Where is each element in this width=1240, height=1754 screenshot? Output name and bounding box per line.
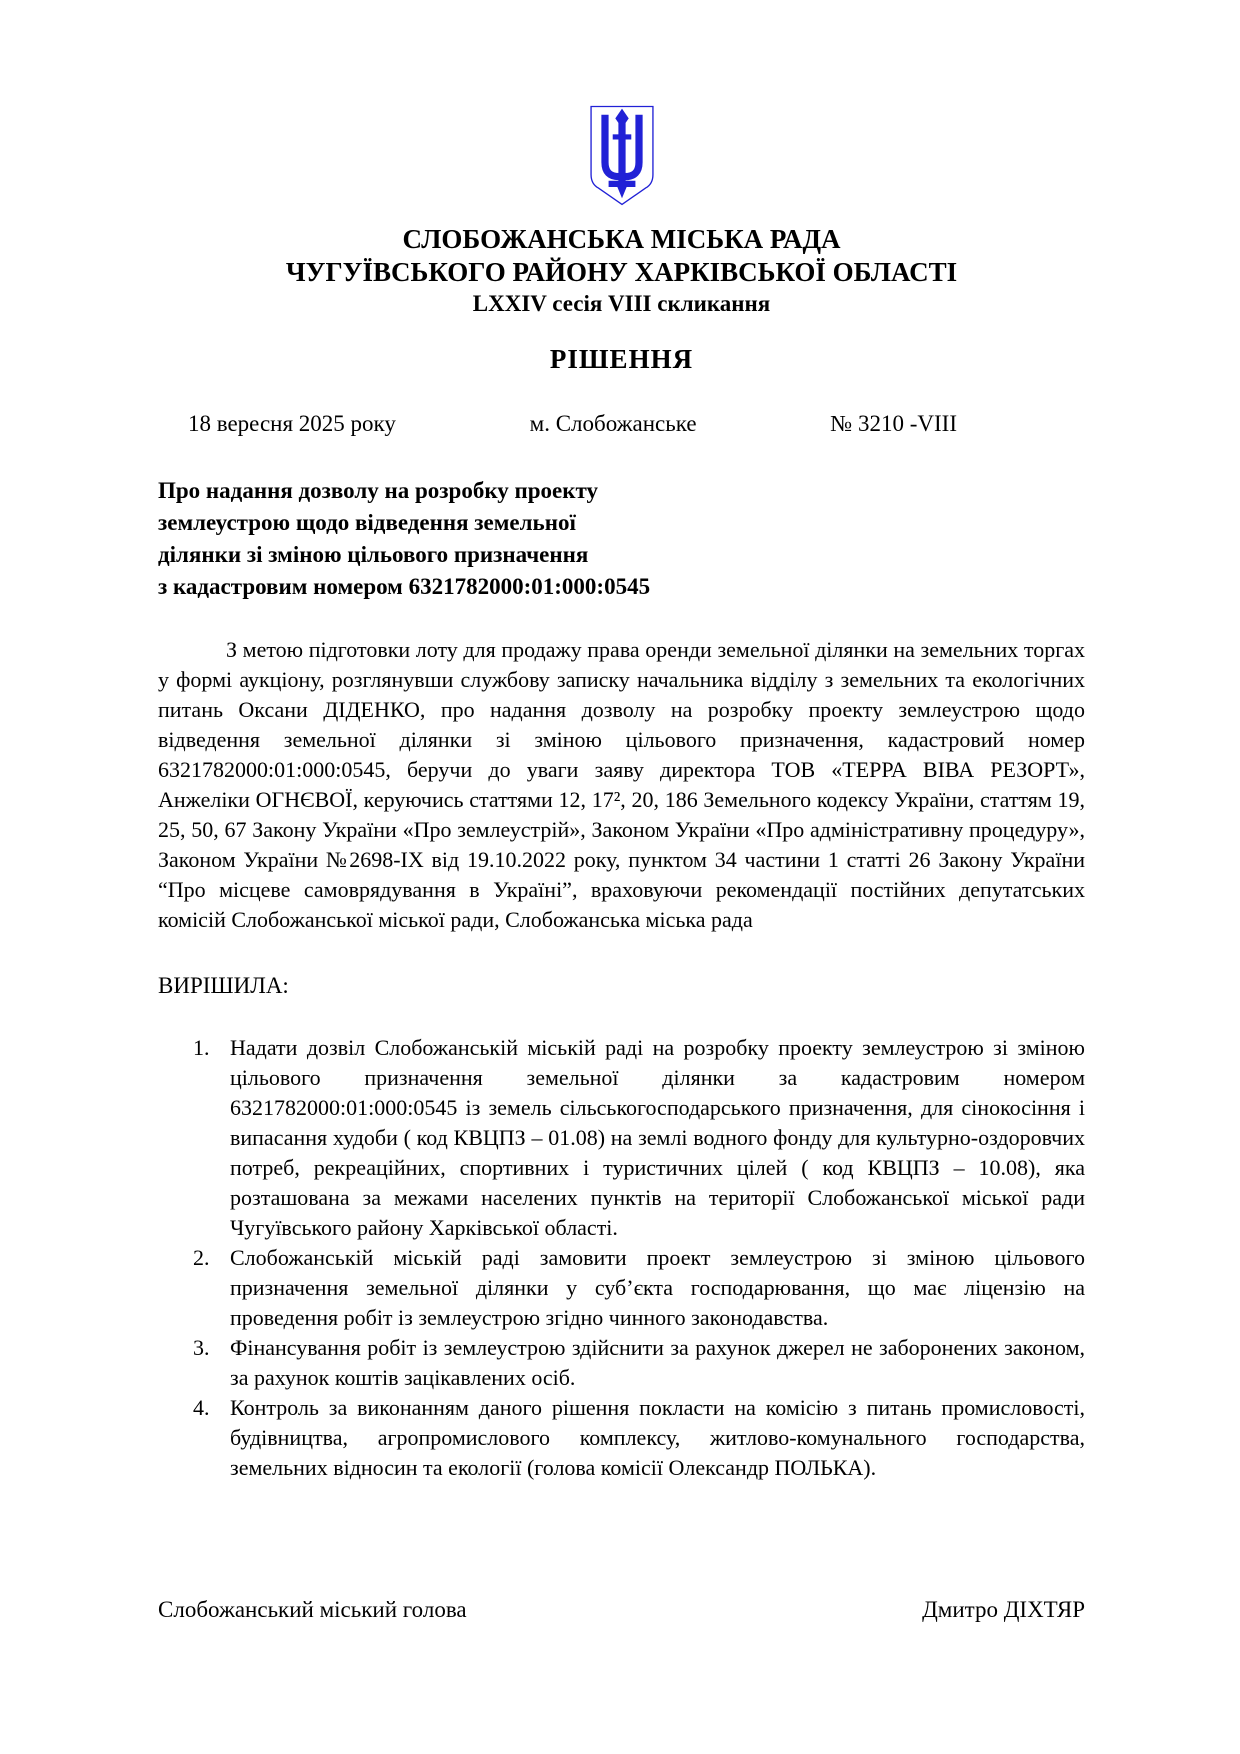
document-page: СЛОБОЖАНСЬКА МІСЬКА РАДА ЧУГУЇВСЬКОГО РА…: [0, 0, 1240, 1754]
signature-row: Слобожанський міський голова Дмитро ДІХТ…: [158, 1595, 1085, 1625]
trident-base: [608, 181, 635, 199]
document-date: 18 вересня 2025 року: [188, 409, 396, 439]
subject-line: з кадастровим номером 6321782000:01:000:…: [158, 571, 1085, 603]
trident-left-prong: [604, 115, 618, 177]
resolved-heading: ВИРІШИЛА:: [158, 971, 1085, 1001]
list-item: 1. Надати дозвіл Слобожанській міській р…: [158, 1033, 1085, 1243]
list-item-text: Фінансування робіт із землеустрою здійсн…: [230, 1333, 1085, 1393]
subject-block: Про надання дозволу на розробку проекту …: [158, 475, 1085, 603]
resolution-list: 1. Надати дозвіл Слобожанській міській р…: [158, 1033, 1085, 1483]
org-name-line1: СЛОБОЖАНСЬКА МІСЬКА РАДА: [158, 223, 1085, 256]
list-item-text: Контроль за виконанням даного рішення по…: [230, 1393, 1085, 1483]
list-item-number: 1.: [193, 1033, 230, 1243]
subject-line: Про надання дозволу на розробку проекту: [158, 475, 1085, 507]
list-item: 3. Фінансування робіт із землеустрою зді…: [158, 1333, 1085, 1393]
coat-of-arms: [158, 0, 1085, 213]
list-item: 4. Контроль за виконанням даного рішення…: [158, 1393, 1085, 1483]
subject-line: ділянки зі зміною цільового призначення: [158, 539, 1085, 571]
document-number: № 3210 -VIII: [830, 409, 957, 439]
list-item-number: 4.: [193, 1393, 230, 1483]
org-name-line2: ЧУГУЇВСЬКОГО РАЙОНУ ХАРКІВСЬКОЇ ОБЛАСТІ: [158, 256, 1085, 289]
tryzub-icon: [589, 104, 655, 208]
list-item-number: 2.: [193, 1243, 230, 1333]
trident-right-prong: [625, 115, 639, 177]
document-place: м. Слобожанське: [530, 409, 697, 439]
signatory-title: Слобожанський міський голова: [158, 1595, 467, 1625]
session-line: LXXIV сесія VIII скликання: [158, 289, 1085, 319]
trident-crossbar: [612, 134, 631, 139]
list-item-number: 3.: [193, 1333, 230, 1393]
preamble-paragraph: З метою підготовки лоту для продажу прав…: [158, 635, 1085, 935]
signatory-name: Дмитро ДІХТЯР: [922, 1595, 1085, 1625]
list-item-text: Надати дозвіл Слобожанській міській раді…: [230, 1033, 1085, 1243]
document-type-title: РІШЕННЯ: [158, 343, 1085, 375]
date-row: 18 вересня 2025 року м. Слобожанське № 3…: [158, 409, 1085, 439]
subject-line: землеустрою щодо відведення земельної: [158, 507, 1085, 539]
list-item: 2. Слобожанській міській раді замовити п…: [158, 1243, 1085, 1333]
document-content: СЛОБОЖАНСЬКА МІСЬКА РАДА ЧУГУЇВСЬКОГО РА…: [0, 0, 1240, 1625]
list-item-text: Слобожанській міській раді замовити прое…: [230, 1243, 1085, 1333]
trident-center-column: [618, 123, 625, 185]
